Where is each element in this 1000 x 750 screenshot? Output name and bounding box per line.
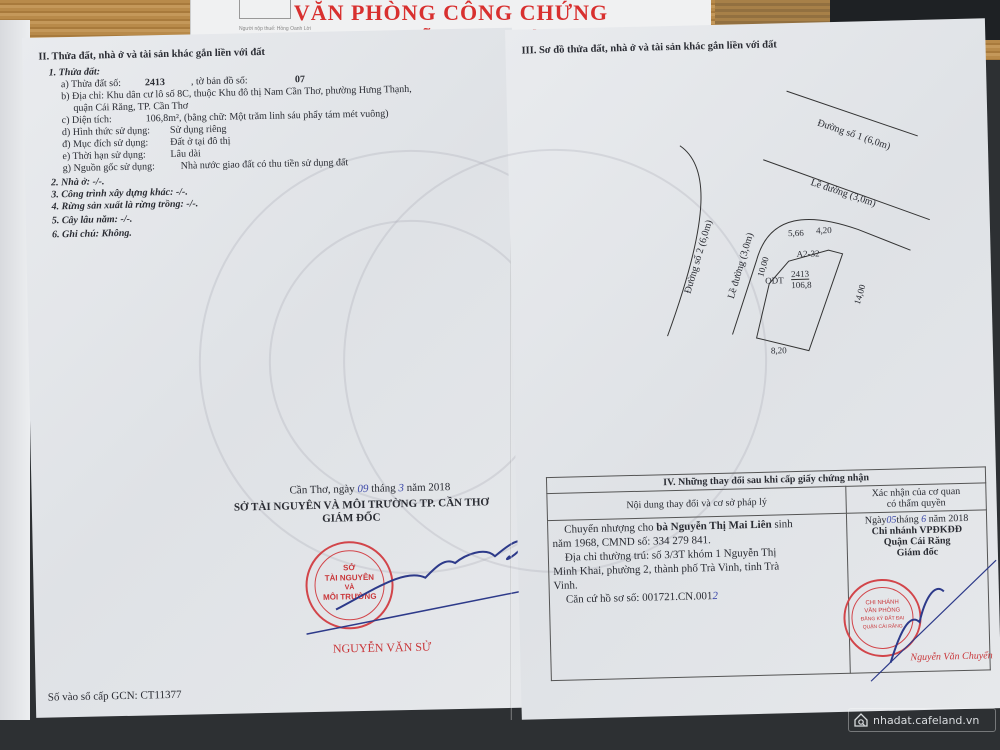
usage-term-value: Lâu dài [170, 148, 200, 160]
map-sheet-value: 07 [295, 74, 305, 85]
section-ii-title: II. Thửa đất, nhà ở và tài sản khác gắn … [38, 47, 265, 63]
parcel-area: 106,8 [791, 280, 811, 290]
house-search-icon [853, 712, 869, 728]
origin-label: g) Nguồn gốc sử dụng: [63, 161, 155, 174]
change-content: Chuyển nhượng cho bà Nguyễn Thị Mai Liên… [547, 513, 850, 680]
lot-code: A2-32 [796, 248, 819, 259]
changes-table: IV. Những thay đổi sau khi cấp giấy chứn… [546, 466, 991, 681]
map-sheet-label: , tờ bản đồ số: [191, 75, 248, 87]
usage-purpose-label: đ) Mục đích sử dụng: [62, 137, 148, 150]
parcel-number: 2413 [791, 269, 809, 280]
changes-col2-header: Xác nhận của cơ quan có thẩm quyền [846, 483, 987, 513]
usage-purpose-value: Đất ở tại đô thị [170, 136, 230, 148]
notary-office-name: VĂN PHÒNG CÔNG CHỨNG [191, 0, 711, 26]
site-watermark: nhadat.cafeland.vn [848, 708, 996, 732]
certificate-right-page: III. Sơ đồ thửa đất, nhà ở và tài sản kh… [505, 18, 1000, 720]
item-2-house: 2. Nhà ở: -/-. [51, 176, 105, 188]
transferee-name: bà Nguyễn Thị Mai Liên [656, 519, 772, 534]
edge-4-20: 4,20 [816, 225, 832, 235]
gcn-register-number: Số vào sổ cấp GCN: CT11377 [48, 689, 182, 704]
issue-day: 09 [357, 483, 368, 495]
parcel-diagram [626, 78, 993, 367]
parcel-number-value: 2413 [145, 77, 165, 88]
authority-position: GIÁM ĐỐC [322, 512, 381, 525]
confirmation-cell: Ngày05tháng 6 năm 2018 Chi nhánh VPĐKĐĐ … [846, 510, 990, 673]
item-5-perennial-trees: 5. Cây lâu năm: -/-. [52, 214, 133, 227]
watermark-text: nhadat.cafeland.vn [873, 714, 979, 727]
usage-form-value: Sử dụng riêng [170, 124, 227, 136]
item-4-forest: 4. Rừng sản xuất là rừng trồng: -/-. [51, 198, 198, 212]
parcel-number-label: a) Thửa đất số: [61, 78, 121, 90]
land-type: ODT [765, 275, 784, 285]
usage-term-label: e) Thời hạn sử dụng: [62, 149, 146, 162]
area-label: c) Diện tích: [62, 114, 112, 126]
edge-5-66: 5,66 [788, 228, 804, 238]
signer-name-left: NGUYỄN VĂN SỬ [333, 640, 432, 657]
item-1-title: 1. Thửa đất: [49, 66, 101, 78]
signer-name-right: Nguyễn Văn Chuyển [910, 650, 992, 663]
usage-form-label: d) Hình thức sử dụng: [62, 125, 150, 138]
item-6-note: 6. Ghi chú: Không. [52, 228, 132, 241]
edge-8-20: 8,20 [771, 345, 787, 355]
section-iii-title: III. Sơ đồ thửa đất, nhà ở và tài sản kh… [521, 39, 777, 56]
